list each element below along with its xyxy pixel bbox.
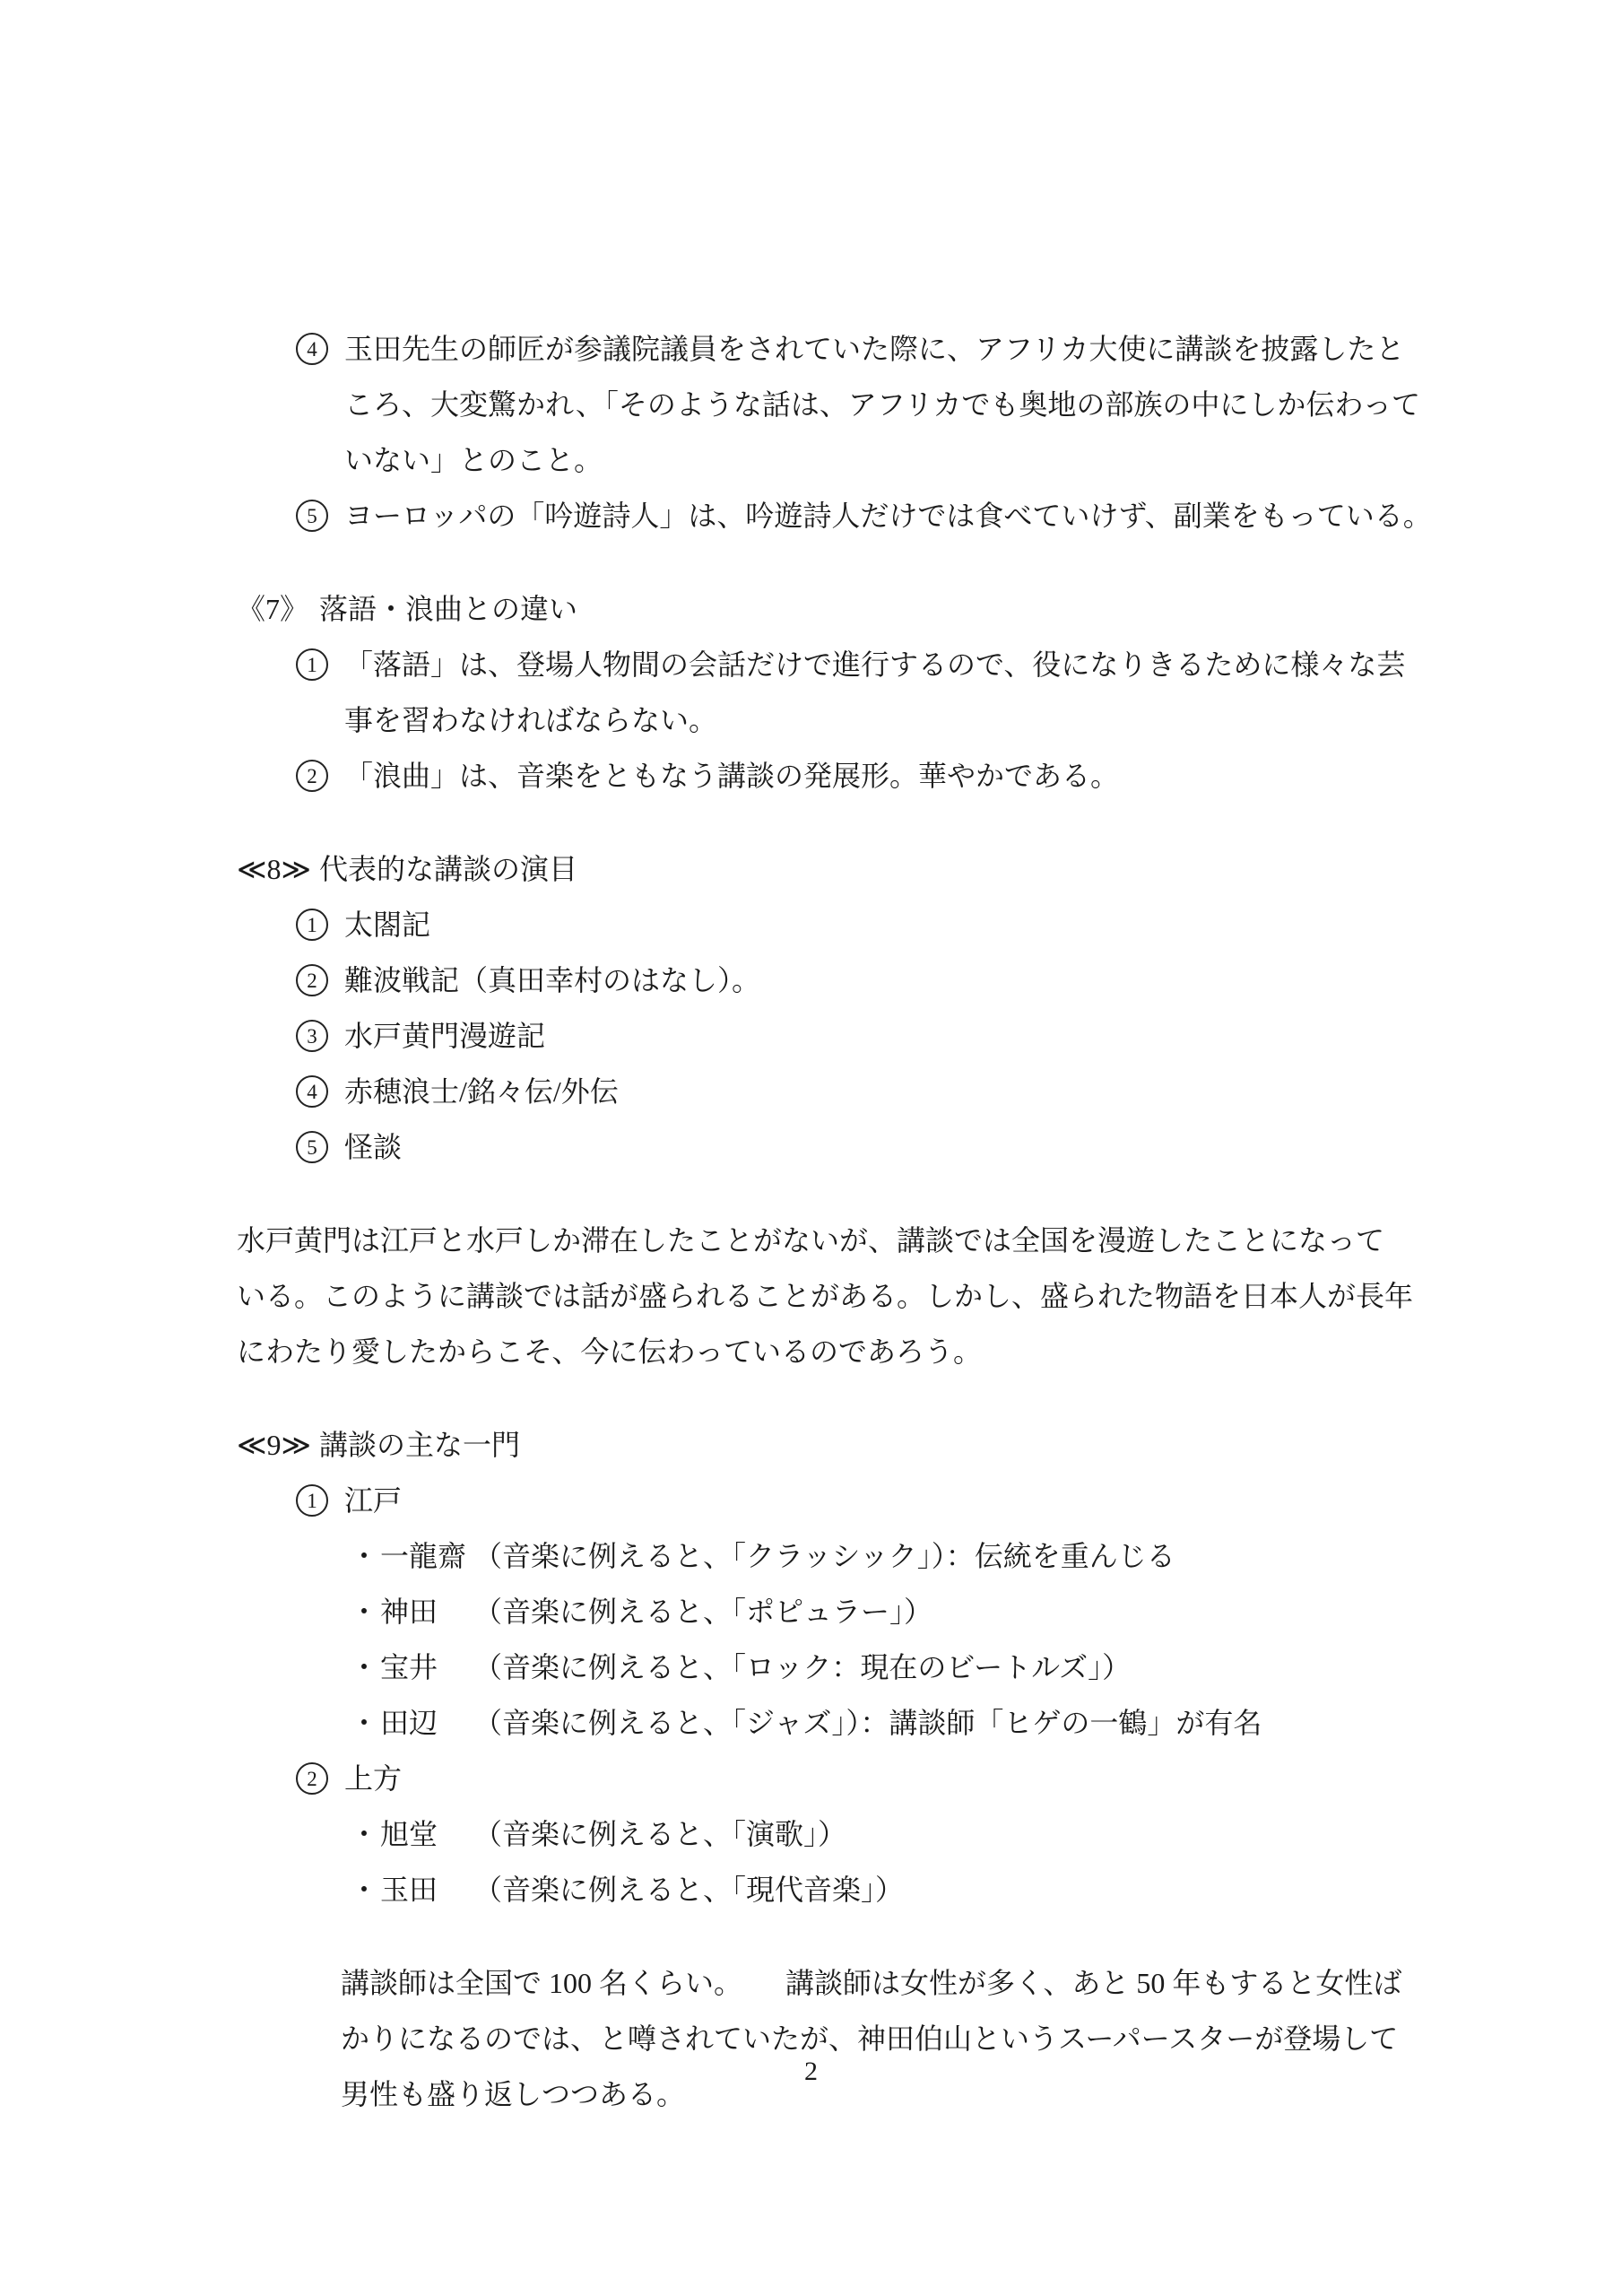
paragraph-mito: 水戸黄門は江戸と水戸しか滞在したことがないが、講談では全国を漫遊したことになって…: [237, 1213, 1505, 1379]
section-marker: 《7》: [237, 581, 319, 637]
circled-number-value: 1: [307, 915, 317, 935]
school-item: ・宝井（音楽に例えると、「ロック：現在のビートルズ」）: [350, 1639, 1505, 1695]
section-9-heading: ≪9≫講談の主な一門: [237, 1417, 1505, 1473]
list-item-5: 5 ヨーロッパの「吟遊詩人」は、吟遊詩人だけでは食べていけず、副業をもっている。: [237, 488, 1505, 544]
list-item-4: 4 赤穂浪士/銘々伝/外伝: [237, 1064, 1505, 1119]
text-line: 水戸黄門は江戸と水戸しか滞在したことがないが、講談では全国を漫遊したことになって: [237, 1213, 1505, 1268]
text-line: 「落語」は、登場人物間の会話だけで進行するので、役になりきるために様々な芸: [344, 637, 1505, 692]
document-page: 4 玉田先生の師匠が参議院議員をされていた際に、アフリカ大使に講談を披露したと …: [0, 0, 1622, 2296]
circled-number-icon: 2: [296, 760, 328, 792]
list-item-1: 1 太閤記: [237, 897, 1505, 952]
school-name: 一龍齋: [380, 1528, 473, 1584]
section-title: 代表的な講談の演目: [319, 853, 577, 885]
circled-number-value: 4: [307, 1082, 317, 1102]
school-name: 田辺: [380, 1695, 473, 1751]
circled-number-icon: 2: [296, 964, 328, 996]
school-item: ・田辺（音楽に例えると、「ジャズ」）：講談師「ヒゲの一鶴」が有名: [350, 1695, 1505, 1751]
list-item-kamigata: 2 上方: [237, 1751, 1505, 1806]
school-name: 玉田: [380, 1862, 473, 1918]
text-line: いる。このように講談では話が盛られることがある。しかし、盛られた物語を日本人が長…: [237, 1268, 1505, 1324]
text-line: 「浪曲」は、音楽をともなう講談の発展形。華やかである。: [344, 748, 1505, 804]
section-7-list: 1 「落語」は、登場人物間の会話だけで進行するので、役になりきるために様々な芸 …: [237, 637, 1505, 804]
section-title: 落語・浪曲との違い: [319, 593, 577, 625]
circled-number-value: 4: [307, 339, 317, 360]
circled-number-icon: 3: [296, 1020, 328, 1052]
list-item-2: 2 難波戦記（真田幸村のはなし）。: [237, 952, 1505, 1008]
text-line: 怪談: [344, 1119, 1505, 1175]
list-item-5: 5 怪談: [237, 1119, 1505, 1175]
section-marker: ≪8≫: [237, 841, 319, 897]
circled-number-value: 3: [307, 1026, 317, 1047]
section-marker: ≪9≫: [237, 1417, 319, 1473]
paragraph-final: 講談師は全国で 100 名くらい。 講談師は女性が多く、あと 50 年もすると女…: [341, 1955, 1505, 2122]
school-desc: （音楽に例えると、「ジャズ」）：講談師「ヒゲの一鶴」が有名: [473, 1707, 1262, 1739]
text-line: 上方: [344, 1751, 1505, 1806]
list-top: 4 玉田先生の師匠が参議院議員をされていた際に、アフリカ大使に講談を披露したと …: [237, 321, 1505, 544]
page-number: 2: [0, 2054, 1622, 2090]
text-line: 江戸: [344, 1473, 1505, 1528]
text-line: 水戸黄門漫遊記: [344, 1008, 1505, 1064]
circled-number-icon: 5: [296, 1131, 328, 1163]
text-line: 難波戦記（真田幸村のはなし）。: [344, 952, 1505, 1008]
text-line: 講談師は全国で 100 名くらい。 講談師は女性が多く、あと 50 年もすると女…: [341, 1955, 1505, 2011]
school-desc: （音楽に例えると、「ロック：現在のビートルズ」）: [473, 1651, 1131, 1683]
list-item-3: 3 水戸黄門漫遊記: [237, 1008, 1505, 1064]
text-line: にわたり愛したからこそ、今に伝わっているのであろう。: [237, 1324, 1505, 1379]
school-item: ・旭堂（音楽に例えると、「演歌」）: [350, 1806, 1505, 1862]
circled-number-value: 5: [307, 506, 317, 526]
section-9-list: 1 江戸 ・一龍齋（音楽に例えると、「クラッシック」）：伝統を重んじる ・神田（…: [237, 1473, 1505, 1918]
section-8-list: 1 太閤記 2 難波戦記（真田幸村のはなし）。 3 水戸黄門漫遊記 4 赤穂浪士…: [237, 897, 1505, 1175]
text-line: 事を習わなければならない。: [344, 692, 1505, 748]
school-desc: （音楽に例えると、「クラッシック」）：伝統を重んじる: [473, 1540, 1175, 1572]
school-name: 神田: [380, 1584, 473, 1639]
bullet-icon: ・: [350, 1695, 380, 1751]
list-item-2: 2 「浪曲」は、音楽をともなう講談の発展形。華やかである。: [237, 748, 1505, 804]
section-8-heading: ≪8≫代表的な講談の演目: [237, 841, 1505, 897]
bullet-icon: ・: [350, 1528, 380, 1584]
circled-number-value: 1: [307, 1491, 317, 1511]
school-desc: （音楽に例えると、「ポピュラー」）: [473, 1596, 932, 1628]
bullet-icon: ・: [350, 1639, 380, 1695]
circled-number-icon: 4: [296, 1075, 328, 1108]
school-name: 宝井: [380, 1639, 473, 1695]
school-item: ・神田（音楽に例えると、「ポピュラー」）: [350, 1584, 1505, 1639]
circled-number-icon: 1: [296, 648, 328, 681]
text-line: いない」とのこと。: [344, 432, 1505, 488]
school-name: 旭堂: [380, 1806, 473, 1862]
bullet-icon: ・: [350, 1584, 380, 1639]
text-line: 赤穂浪士/銘々伝/外伝: [344, 1064, 1505, 1119]
circled-number-icon: 5: [296, 500, 328, 532]
school-desc: （音楽に例えると、「演歌」）: [473, 1818, 846, 1850]
circled-number-value: 2: [307, 766, 317, 787]
circled-number-value: 5: [307, 1137, 317, 1158]
school-desc: （音楽に例えると、「現代音楽」）: [473, 1874, 904, 1906]
circled-number-value: 2: [307, 1769, 317, 1789]
text-line: ころ、大変驚かれ、「そのような話は、アフリカでも奥地の部族の中にしか伝わって: [344, 377, 1505, 432]
circled-number-value: 2: [307, 970, 317, 991]
bullet-icon: ・: [350, 1862, 380, 1918]
circled-number-value: 1: [307, 655, 317, 675]
circled-number-icon: 2: [296, 1762, 328, 1795]
section-7-heading: 《7》落語・浪曲との違い: [237, 581, 1505, 637]
circled-number-icon: 4: [296, 333, 328, 365]
circled-number-icon: 1: [296, 909, 328, 941]
section-title: 講談の主な一門: [319, 1429, 520, 1461]
list-item-1: 1 「落語」は、登場人物間の会話だけで進行するので、役になりきるために様々な芸 …: [237, 637, 1505, 748]
text-line: 玉田先生の師匠が参議院議員をされていた際に、アフリカ大使に講談を披露したと: [344, 321, 1505, 377]
list-item-edo: 1 江戸: [237, 1473, 1505, 1528]
text-line: 太閤記: [344, 897, 1505, 952]
text-line: ヨーロッパの「吟遊詩人」は、吟遊詩人だけでは食べていけず、副業をもっている。: [344, 488, 1505, 544]
circled-number-icon: 1: [296, 1484, 328, 1517]
school-item: ・一龍齋（音楽に例えると、「クラッシック」）：伝統を重んじる: [350, 1528, 1505, 1584]
school-item: ・玉田（音楽に例えると、「現代音楽」）: [350, 1862, 1505, 1918]
bullet-icon: ・: [350, 1806, 380, 1862]
list-item-4: 4 玉田先生の師匠が参議院議員をされていた際に、アフリカ大使に講談を披露したと …: [237, 321, 1505, 488]
